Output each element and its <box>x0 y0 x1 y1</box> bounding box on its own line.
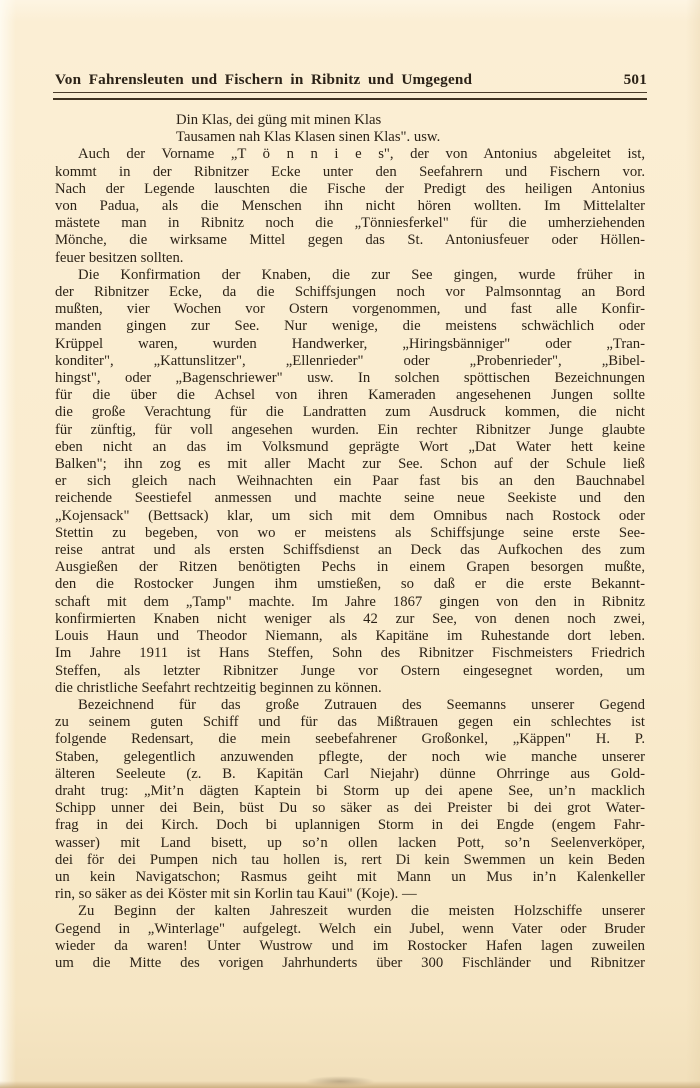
paragraph-1: Auch der Vorname „T ö n n i e s", der vo… <box>55 146 645 266</box>
text-line: Mönche, die wirksame Mittel gegen das St… <box>55 232 645 249</box>
text-line: folgende Redensart, die mein seebefahren… <box>55 731 645 748</box>
text-line: Zu Beginn der kalten Jahreszeit wurden d… <box>55 903 645 920</box>
text-line: wasser) mit Land bisett, up so’n ollen l… <box>55 835 645 852</box>
text-line: reise antrat und als ersten Schiffsdiens… <box>55 542 645 559</box>
text-line: zu seinem guten Schiff und für das Mißtr… <box>55 714 645 731</box>
text-line: un kein Navigatschon; Rasmus geiht mit M… <box>55 869 645 886</box>
text-line: Nach der Legende lauschten die Fische de… <box>55 181 645 198</box>
header-rule <box>53 92 647 100</box>
text-line: kommt in der Ribnitzer Ecke unter den Se… <box>55 164 645 181</box>
text-line: wieder da waren! Unter Wustrow und im Ro… <box>55 938 645 955</box>
text-line: eben nicht an das im Volksmund geprägte … <box>55 439 645 456</box>
text-line: frag in dei Kirch. Doch bi uplannigen St… <box>55 817 645 834</box>
text-line: um die Mitte des vorigen Jahrhunderts üb… <box>55 955 645 972</box>
text-line: Din Klas, dei güng mit minen Klas <box>176 112 645 129</box>
text-line: feuer besitzen sollten. <box>55 250 645 267</box>
text-line: hingst", oder „Bagenschriewer" usw. In s… <box>55 370 645 387</box>
running-header: Von Fahrensleuten und Fischern in Ribnit… <box>55 71 647 89</box>
verse-quote: Din Klas, dei güng mit minen KlasTausame… <box>176 112 645 146</box>
text-line: von Padua, als die Menschen ihn nicht hö… <box>55 198 645 215</box>
text-line: dei för dei Pumpen nich tau hollen is, r… <box>55 852 645 869</box>
text-line: rin, so säker as dei Köster mit sin Korl… <box>55 886 645 903</box>
text-line: Gegend in „Winterlage" aufgelegt. Welch … <box>55 921 645 938</box>
text-line: Louis Haun und Theodor Niemann, als Kapi… <box>55 628 645 645</box>
text-line: Ausgießen der Ritzen benötigten Pechs in… <box>55 559 645 576</box>
text-line: die christliche Seefahrt rechtzeitig beg… <box>55 680 645 697</box>
text-line: Auch der Vorname „T ö n n i e s", der vo… <box>55 146 645 163</box>
text-line: konfirmierten Knaben nicht weniger als 4… <box>55 611 645 628</box>
scanned-book-page: Von Fahrensleuten und Fischern in Ribnit… <box>0 0 700 1088</box>
text-line: Bezeichnend für das große Zutrauen des S… <box>55 697 645 714</box>
text-line: Tausamen nah Klas Klasen sinen Klas". us… <box>176 129 645 146</box>
running-title: Von Fahrensleuten und Fischern in Ribnit… <box>55 71 472 89</box>
page-bottom-edge <box>0 1081 700 1088</box>
text-line: Steffen, als letzter Ribnitzer Junge vor… <box>55 663 645 680</box>
text-line: draht trug: „Mit’n dägten Kaptein bi Sto… <box>55 783 645 800</box>
text-line: Schipp unner dei Bein, büst Du so säker … <box>55 800 645 817</box>
text-line: mästete man in Ribnitz noch die „Tönnies… <box>55 215 645 232</box>
text-line: Staben, gelegentlich anzuwenden pflegte,… <box>55 749 645 766</box>
text-line: Stettin zu begeben, von wo er meistens a… <box>55 525 645 542</box>
text-line: für zünftig, für voll angesehen wurden. … <box>55 422 645 439</box>
page-number: 501 <box>624 71 647 89</box>
text-line: er sich gleich nach Weihnachten ein Paar… <box>55 473 645 490</box>
text-line: den die Rostocker Jungen ihm umstießen, … <box>55 576 645 593</box>
paragraph-3: Bezeichnend für das große Zutrauen des S… <box>55 697 645 903</box>
paragraph-2: Die Konfirmation der Knaben, die zur See… <box>55 267 645 697</box>
text-line: manden gingen zur See. Nur wenige, die m… <box>55 318 645 335</box>
text-line: schaft mit dem „Tamp" machte. Im Jahre 1… <box>55 594 645 611</box>
text-line: die große Verachtung für die Landratten … <box>55 404 645 421</box>
text-line: „Kojensack" (Bettsack) klar, um sich mit… <box>55 508 645 525</box>
text-line: Die Konfirmation der Knaben, die zur See… <box>55 267 645 284</box>
text-line: Balken"; ihn zog es mit aller Macht zur … <box>55 456 645 473</box>
text-line: älteren Seeleute (z. B. Kapitän Carl Nie… <box>55 766 645 783</box>
text-line: für die über die Achsel von ihren Kamera… <box>55 387 645 404</box>
text-line: reichende Seestiefel anmessen und machte… <box>55 490 645 507</box>
text-line: Krüppel waren, wurden Handwerker, „Hirin… <box>55 336 645 353</box>
paragraph-4: Zu Beginn der kalten Jahreszeit wurden d… <box>55 903 645 972</box>
body-text: Din Klas, dei güng mit minen KlasTausame… <box>55 112 645 972</box>
text-line: mußten, vier Wochen vor Ostern vorgenomm… <box>55 301 645 318</box>
text-line: Im Jahre 1911 ist Hans Steffen, Sohn des… <box>55 645 645 662</box>
text-line: konditer", „Kattunslitzer", „Ellenrieder… <box>55 353 645 370</box>
text-line: der Ribnitzer Ecke, da die Schiffsjungen… <box>55 284 645 301</box>
